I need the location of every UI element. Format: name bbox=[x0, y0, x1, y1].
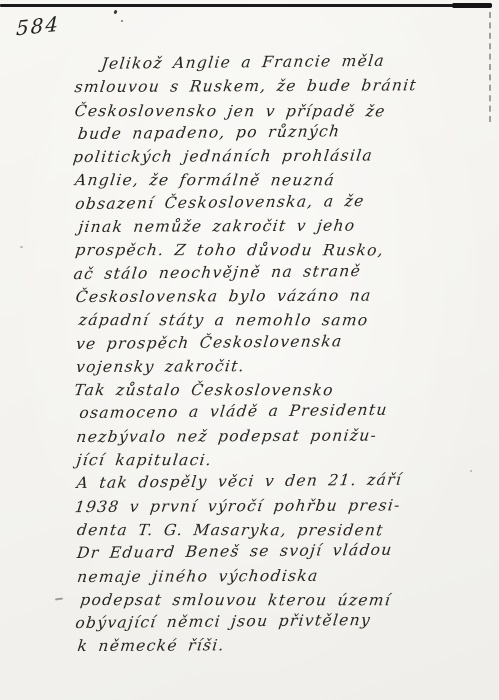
handwritten-line: obývající němci jsou přivtěleny bbox=[74, 608, 483, 636]
pencil-dash-mark bbox=[55, 597, 63, 600]
scan-right-edge-artifact bbox=[489, 12, 491, 122]
ink-speck bbox=[113, 10, 117, 15]
handwritten-line: vojensky zakročit. bbox=[75, 354, 482, 379]
handwritten-line: ač stálo neochvějně na straně bbox=[72, 258, 481, 286]
scanned-document-page: 584 Jelikož Anglie a Francie měla smlouv… bbox=[0, 0, 499, 700]
handwritten-line: smlouvou s Ruskem, že bude bránit bbox=[73, 74, 480, 99]
handwritten-line: obsazení Československa, a že bbox=[74, 189, 481, 217]
handwritten-line: ve prospěch Československa bbox=[75, 328, 482, 356]
page-number: 584 bbox=[16, 12, 61, 41]
handwritten-text-block: Jelikož Anglie a Francie měla smlouvou s… bbox=[74, 51, 481, 659]
ink-speck bbox=[121, 20, 123, 22]
paper-speck bbox=[20, 246, 23, 248]
handwritten-line: jinak nemůže zakročit v jeho bbox=[77, 214, 481, 239]
handwritten-line: bude napadeno, po různých bbox=[77, 119, 481, 147]
handwritten-line: k německé říši. bbox=[76, 633, 483, 658]
handwritten-line: 1938 v první výročí pohřbu presi- bbox=[73, 494, 482, 519]
handwritten-line: politických jednáních prohlásila bbox=[72, 144, 481, 169]
scan-top-edge-blotch bbox=[452, 3, 492, 8]
handwritten-line: Dr Eduard Beneš se svojí vládou bbox=[76, 538, 483, 566]
handwritten-line: A tak dospěly věci v den 21. září bbox=[75, 468, 482, 496]
handwritten-line: osamoceno a vládě a Presidentu bbox=[78, 398, 482, 426]
handwritten-line: nezbývalo než podepsat ponižu- bbox=[75, 424, 482, 449]
scan-top-edge-line bbox=[0, 4, 492, 7]
handwritten-line: Jelikož Anglie a Francie měla bbox=[73, 49, 480, 77]
handwritten-line: nemaje jiného východiska bbox=[76, 563, 483, 588]
handwritten-line: Československa bylo vázáno na bbox=[74, 284, 481, 309]
